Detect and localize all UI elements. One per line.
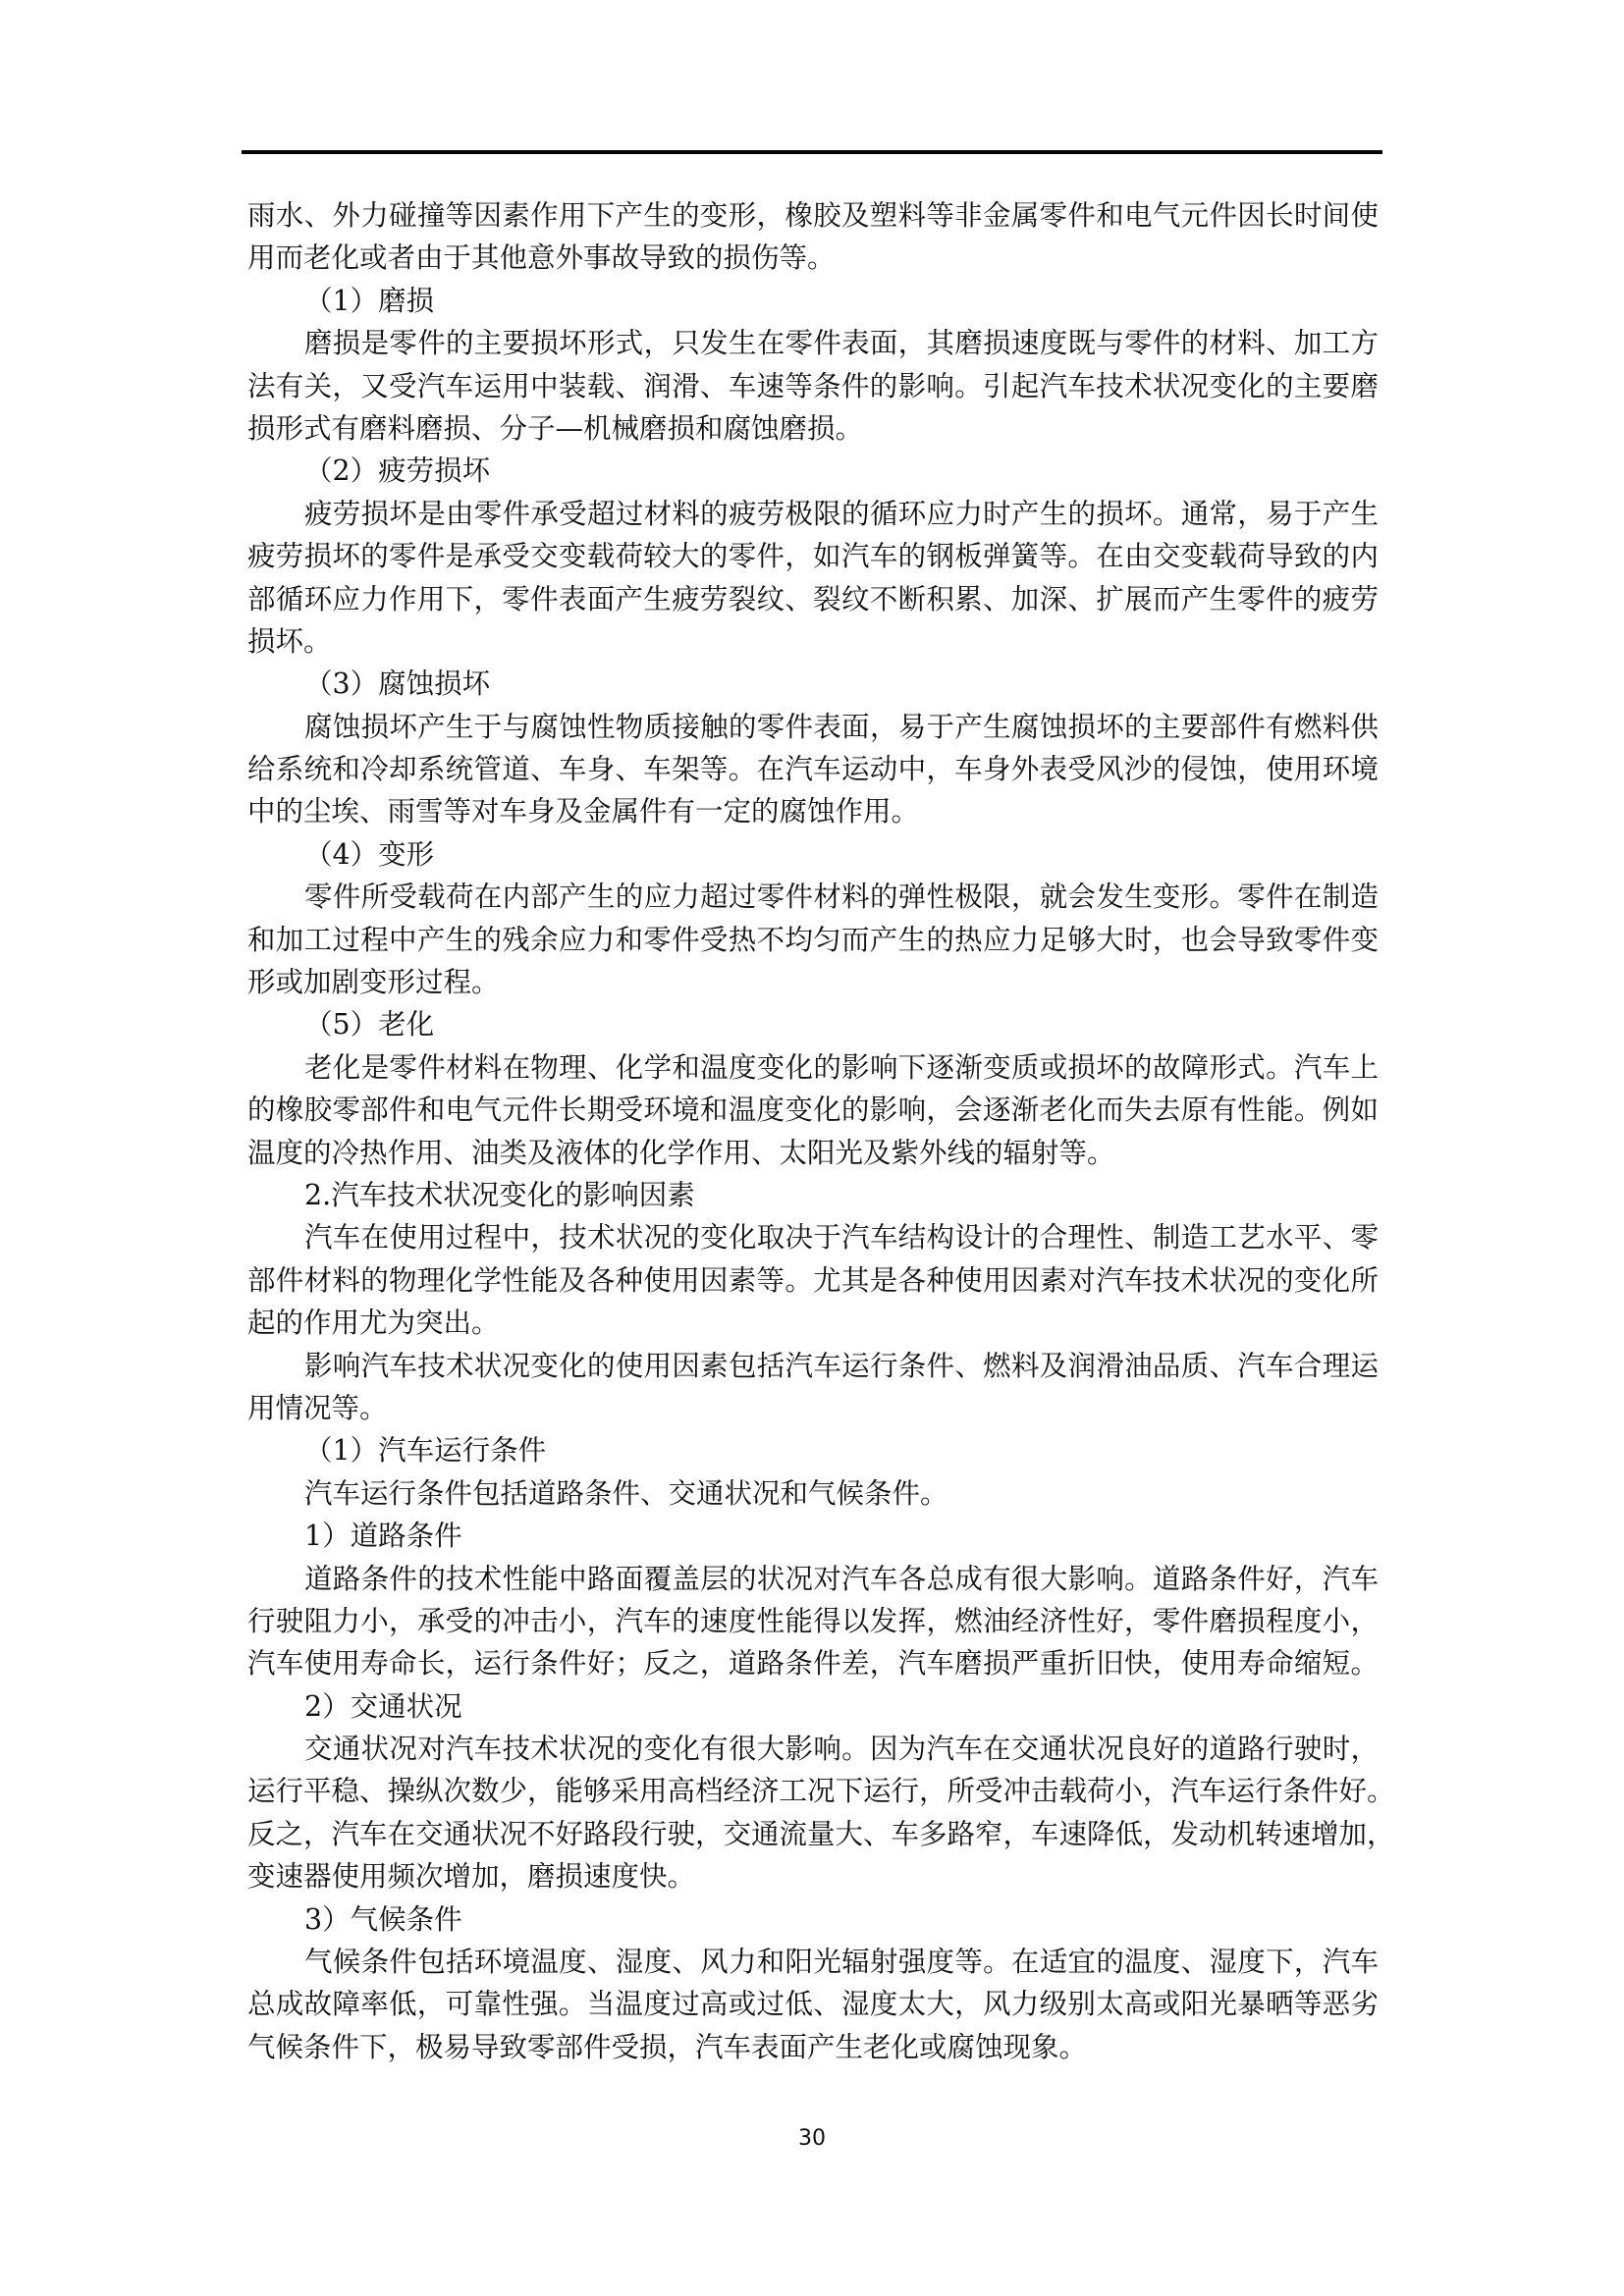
text-line: 零件所受载荷在内部产生的应力超过零件材料的弹性极限，就会发生变形。零件在制造: [247, 876, 1379, 918]
section-heading: 2.汽车技术状况变化的影响因素: [247, 1174, 1379, 1216]
section-heading: （2）疲劳损坏: [247, 450, 1379, 492]
text-line: 起的作用尤为突出。: [247, 1302, 1379, 1344]
text-line: 变速器使用频次增加，磨损速度快。: [247, 1855, 1379, 1897]
text-line: 温度的冷热作用、油类及液体的化学作用、太阳光及紫外线的辐射等。: [247, 1132, 1379, 1174]
section-heading: 2）交通状况: [247, 1685, 1379, 1728]
text-line: 老化是零件材料在物理、化学和温度变化的影响下逐渐变质或损坏的故障形式。汽车上: [247, 1046, 1379, 1089]
text-line: 损形式有磨料磨损、分子—机械磨损和腐蚀磨损。: [247, 407, 1379, 450]
text-line: 运行平稳、操纵次数少，能够采用高档经济工况下运行，所受冲击载荷小，汽车运行条件好…: [247, 1770, 1379, 1812]
text-line: 磨损是零件的主要损坏形式，只发生在零件表面，其磨损速度既与零件的材料、加工方: [247, 322, 1379, 364]
text-line: 反之，汽车在交通状况不好路段行驶，交通流量大、车多路窄，车速降低，发动机转速增加…: [247, 1813, 1379, 1855]
section-heading: （5）老化: [247, 1003, 1379, 1045]
section-heading: （4）变形: [247, 833, 1379, 876]
text-line: 部循环应力作用下，零件表面产生疲劳裂纹、裂纹不断积累、加深、扩展而产生零件的疲劳: [247, 578, 1379, 620]
text-line: 和加工过程中产生的残余应力和零件受热不均匀而产生的热应力足够大时，也会导致零件变: [247, 919, 1379, 961]
section-heading: （1）汽车运行条件: [247, 1429, 1379, 1471]
text-line: 疲劳损坏的零件是承受交变载荷较大的零件，如汽车的钢板弹簧等。在由交变载荷导致的内: [247, 535, 1379, 577]
text-line: 气候条件包括环境温度、湿度、风力和阳光辐射强度等。在适宜的温度、湿度下，汽车: [247, 1941, 1379, 1983]
text-line: 雨水、外力碰撞等因素作用下产生的变形，橡胶及塑料等非金属零件和电气元件因长时间使: [247, 194, 1379, 237]
text-line: 用而老化或者由于其他意外事故导致的损伤等。: [247, 237, 1379, 279]
page-number: 30: [0, 2126, 1624, 2151]
text-line: 交通状况对汽车技术状况的变化有很大影响。因为汽车在交通状况良好的道路行驶时，: [247, 1728, 1379, 1770]
header-rule: [242, 150, 1382, 154]
text-line: 用情况等。: [247, 1387, 1379, 1429]
text-line: 的橡胶零部件和电气元件长期受环境和温度变化的影响，会逐渐老化而失去原有性能。例如: [247, 1089, 1379, 1131]
section-heading: 3）气候条件: [247, 1898, 1379, 1941]
text-line: 给系统和冷却系统管道、车身、车架等。在汽车运动中，车身外表受风沙的侵蚀，使用环境: [247, 748, 1379, 790]
text-line: 疲劳损坏是由零件承受超过材料的疲劳极限的循环应力时产生的损坏。通常，易于产生: [247, 493, 1379, 535]
text-line: 汽车运行条件包括道路条件、交通状况和气候条件。: [247, 1472, 1379, 1515]
section-heading: 1）道路条件: [247, 1515, 1379, 1557]
text-line: 腐蚀损坏产生于与腐蚀性物质接触的零件表面，易于产生腐蚀损坏的主要部件有燃料供: [247, 706, 1379, 748]
text-line: 损坏。: [247, 620, 1379, 663]
text-line: 气候条件下，极易导致零部件受损，汽车表面产生老化或腐蚀现象。: [247, 2026, 1379, 2068]
text-line: 影响汽车技术状况变化的使用因素包括汽车运行条件、燃料及润滑油品质、汽车合理运: [247, 1345, 1379, 1387]
text-line: 行驶阻力小，承受的冲击小，汽车的速度性能得以发挥，燃油经济性好，零件磨损程度小，: [247, 1600, 1379, 1642]
text-line: 中的尘埃、雨雪等对车身及金属件有一定的腐蚀作用。: [247, 790, 1379, 832]
text-line: 部件材料的物理化学性能及各种使用因素等。尤其是各种使用因素对汽车技术状况的变化所: [247, 1259, 1379, 1302]
text-line: 总成故障率低，可靠性强。当温度过高或过低、湿度太大，风力级别太高或阳光暴晒等恶劣: [247, 1983, 1379, 2025]
text-line: 法有关，又受汽车运用中装载、润滑、车速等条件的影响。引起汽车技术状况变化的主要磨: [247, 365, 1379, 407]
page-body: 雨水、外力碰撞等因素作用下产生的变形，橡胶及塑料等非金属零件和电气元件因长时间使…: [247, 194, 1379, 2068]
text-line: 汽车在使用过程中，技术状况的变化取决于汽车结构设计的合理性、制造工艺水平、零: [247, 1216, 1379, 1258]
text-line: 道路条件的技术性能中路面覆盖层的状况对汽车各总成有很大影响。道路条件好，汽车: [247, 1558, 1379, 1600]
text-line: 形或加剧变形过程。: [247, 961, 1379, 1003]
section-heading: （1）磨损: [247, 280, 1379, 322]
section-heading: （3）腐蚀损坏: [247, 663, 1379, 705]
text-line: 汽车使用寿命长，运行条件好；反之，道路条件差，汽车磨损严重折旧快，使用寿命缩短。: [247, 1642, 1379, 1684]
